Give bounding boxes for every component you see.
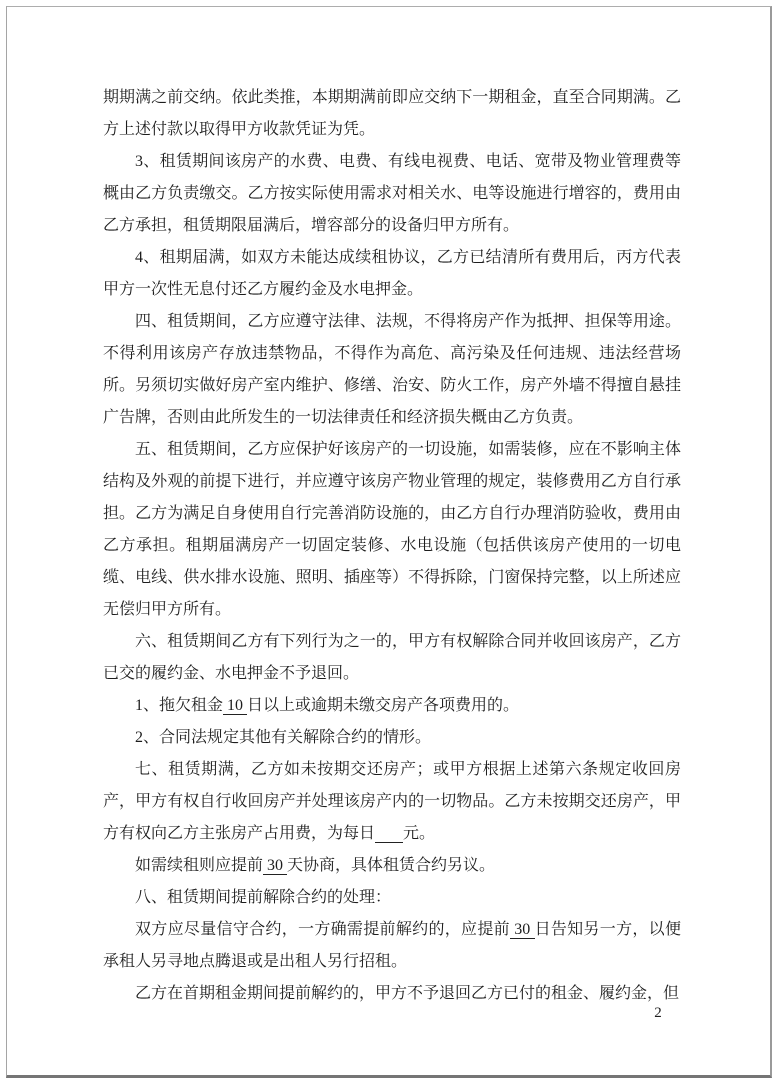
paragraph-text: 如需续租则应提前	[135, 857, 263, 874]
paragraph: 六、租赁期间乙方有下列行为之一的，甲方有权解除合同并收回该房产，乙方已交的履约金…	[103, 626, 681, 690]
paragraph: 四、租赁期间，乙方应遵守法律、法规，不得将房产作为抵押、担保等用途。不得利用该房…	[103, 306, 681, 434]
paragraph: 4、租期届满，如双方未能达成续租协议，乙方已结清所有费用后，丙方代表甲方一次性无…	[103, 242, 681, 306]
paragraph: 期期满之前交纳。依此类推，本期期满前即应交纳下一期租金，直至合同期满。乙方上述付…	[103, 82, 681, 146]
paragraph: 双方应尽量信守合约，一方确需提前解约的，应提前 30 日告知另一方，以便承租人另…	[103, 914, 681, 978]
filled-blank: 30	[510, 921, 535, 939]
paragraph-text: 3、租赁期间该房产的水费、电费、有线电视费、电话、宽带及物业管理费等概由乙方负责…	[103, 153, 681, 234]
paragraph-text: 1、拖欠租金	[135, 697, 223, 714]
filled-blank	[375, 825, 403, 843]
paragraph-text: 四、租赁期间，乙方应遵守法律、法规，不得将房产作为抵押、担保等用途。不得利用该房…	[103, 313, 681, 426]
paragraph-text: 双方应尽量信守合约，一方确需提前解约的，应提前	[135, 921, 510, 938]
contract-body: 期期满之前交纳。依此类推，本期期满前即应交纳下一期租金，直至合同期满。乙方上述付…	[103, 82, 681, 1010]
paragraph-text: 2、合同法规定其他有关解除合约的情形。	[135, 729, 431, 746]
paragraph-text: 六、租赁期间乙方有下列行为之一的，甲方有权解除合同并收回该房产，乙方已交的履约金…	[103, 633, 681, 682]
paragraph: 八、租赁期间提前解除合约的处理：	[103, 882, 681, 914]
paragraph-text: 4、租期届满，如双方未能达成续租协议，乙方已结清所有费用后，丙方代表甲方一次性无…	[103, 249, 681, 298]
paragraph-text: 期期满之前交纳。依此类推，本期期满前即应交纳下一期租金，直至合同期满。乙方上述付…	[103, 89, 681, 138]
paragraph: 2、合同法规定其他有关解除合约的情形。	[103, 722, 681, 754]
paragraph: 3、租赁期间该房产的水费、电费、有线电视费、电话、宽带及物业管理费等概由乙方负责…	[103, 146, 681, 242]
filled-blank: 10	[223, 697, 247, 715]
paragraph-text: 元。	[403, 825, 435, 842]
paragraph: 1、拖欠租金 10 日以上或逾期未缴交房产各项费用的。	[103, 690, 681, 722]
paragraph: 如需续租则应提前 30 天协商，具体租赁合约另议。	[103, 850, 681, 882]
paragraph: 七、租赁期满，乙方如未按期交还房产；或甲方根据上述第六条规定收回房产，甲方有权自…	[103, 754, 681, 850]
paragraph-text: 日以上或逾期未缴交房产各项费用的。	[247, 697, 519, 714]
filled-blank: 30	[263, 857, 287, 875]
paragraph: 五、租赁期间，乙方应保护好该房产的一切设施，如需装修，应在不影响主体结构及外观的…	[103, 434, 681, 626]
page-number: 2	[646, 1002, 670, 1024]
paragraph-text: 五、租赁期间，乙方应保护好该房产的一切设施，如需装修，应在不影响主体结构及外观的…	[103, 441, 681, 618]
paragraph-text: 乙方在首期租金期间提前解约的，甲方不予退回乙方已付的租金、履约金，但	[135, 985, 679, 1002]
paragraph-text: 八、租赁期间提前解除合约的处理：	[135, 889, 391, 906]
paragraph-text: 天协商，具体租赁合约另议。	[287, 857, 495, 874]
paragraph: 乙方在首期租金期间提前解约的，甲方不予退回乙方已付的租金、履约金，但	[103, 978, 681, 1010]
scanned-page: 期期满之前交纳。依此类推，本期期满前即应交纳下一期租金，直至合同期满。乙方上述付…	[6, 6, 772, 1078]
